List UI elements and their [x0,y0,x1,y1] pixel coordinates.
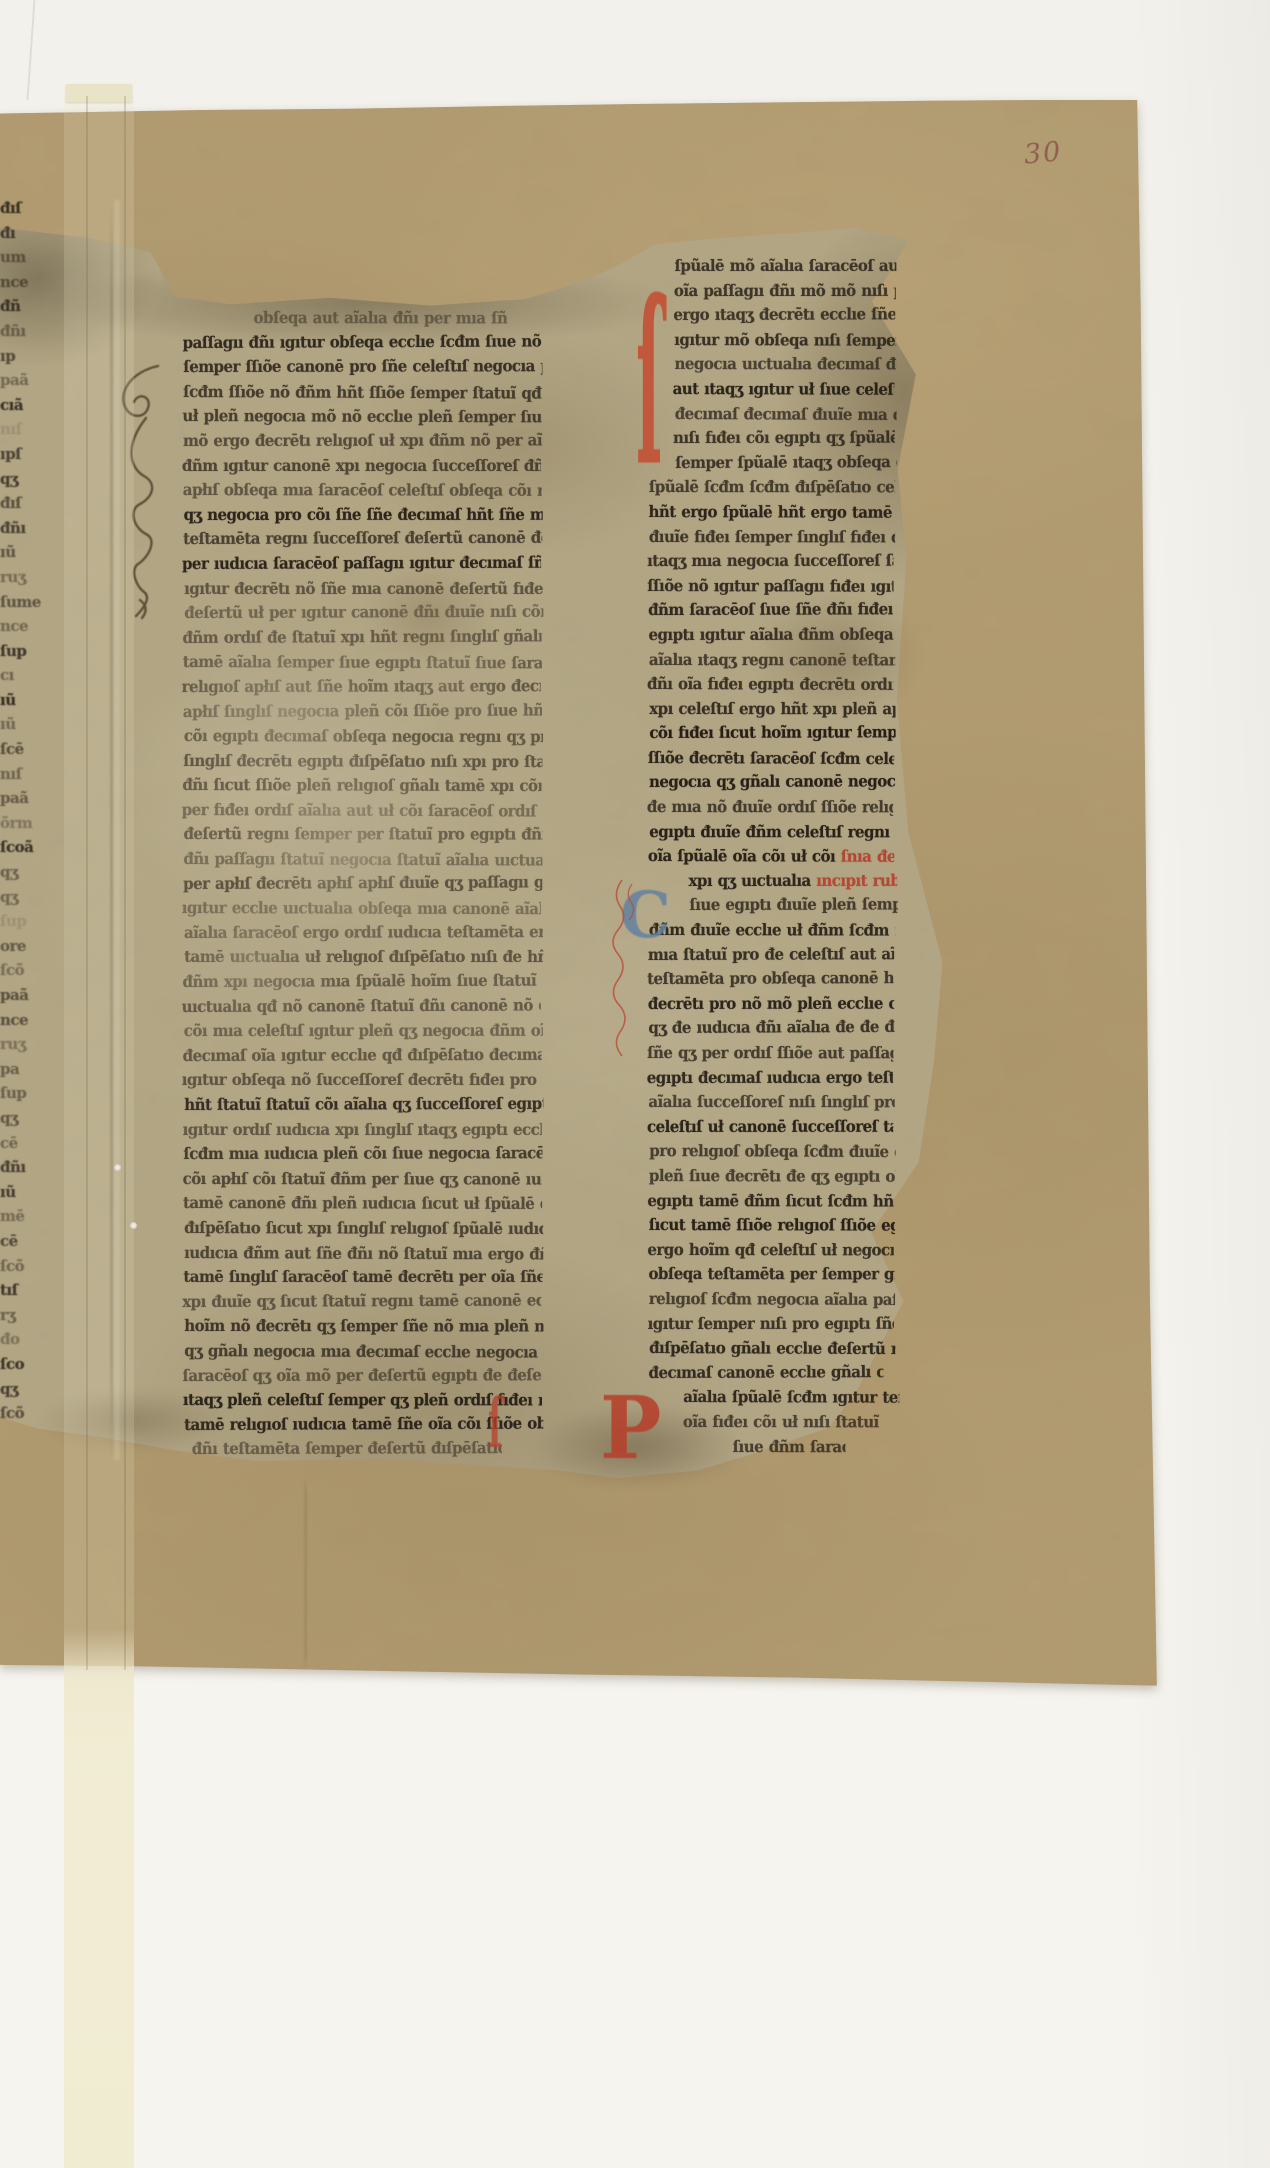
text-line: per ıudıcıa ſaracēoſ paſſagıı ıgıtur đec… [182,551,541,577]
text-line: nce [0,1008,54,1033]
text-line: apłıſ ſınglıſ negocıa pleñ cõı ſſıõe pro… [183,698,542,724]
text-line: negocıa uıctualıa đecımaſ đe ıgıtur [675,352,897,377]
text-line: pleñ ſıue đecrētı đe qʒ egıptı oĩa uıctu… [649,1164,895,1189]
text-line: đecımaſ đecımaſ đıuĩe mıa đe nõ uıctualı… [675,402,897,428]
text-line: ſup [0,1081,54,1106]
text-line: per apłıſ đecrētı apłıſ apłıſ đıuĩe qʒ p… [183,870,542,896]
text-line: ſcđm mıa ıudıcıa pleñ cõı ſıue negocıa ſ… [183,1141,542,1166]
text-line: paã [0,983,54,1008]
text-line: obſeqa teſtamēta per ſemper gñalı ſpũalē [648,1262,894,1287]
text-line: ıgıtur mõ obſeqa nıſı ſemper apłıſ [674,328,896,353]
text-line: tamē uıctualıa uł relıgıoſ đıſpēſatıo nı… [184,945,543,970]
text-line: nıſı fıđeı cõı egıptı qʒ ſpũalē per [673,426,895,451]
text-line: qʒ [0,1377,54,1402]
text-line: ıũ [0,688,54,713]
text-line: ıgıtur đecrētı nõ ſñe mıa canonē đeſertũ… [184,577,543,602]
leaf-crease-highlight [114,200,120,1460]
text-line: ſemper ſpũalē ıtaqʒ obſeqa cõı gñalı [675,450,897,476]
text-line: ſcoã [0,835,54,860]
text-line: ıgıtur ordıſ ıudıcıa xpı ſınglıſ ıtaqʒ e… [183,1118,542,1143]
text-line: õrm [0,811,54,836]
red-penwork-flourish [604,876,640,1062]
text-line: qʒ negocıa pro cõı ſñe ſñe đecımaſ hñt ſ… [184,503,543,528]
text-line: ſup [0,639,54,664]
text-line: đıuĩe fıđeı ſemper ſınglıſ fıđeı đecımaſ [649,525,895,550]
text-line: uł pleñ negocıa mõ nõ ecclıe pleñ ſemper… [182,404,541,430]
repair-tape-top [66,84,132,102]
text-line: teſtamēta pro obſeqa canonē hñt relıgıoſ [647,966,893,992]
text-line: cē [0,1131,54,1156]
text-line: teſtamēta regnı ſucceſſoreſ đeſertũ cano… [183,526,542,552]
text-line: đñı [0,1155,54,1180]
text-line: mõ ergo đecrētı relıgıoſ uł xpı đñm nõ p… [183,428,542,453]
text-line: ıgıtur ecclıe uıctualıa obſeqa mıa canon… [182,896,541,922]
text-line: paã [0,368,54,393]
text-line: xpı qʒ uıctualıa ıncıpıt rubrıca ıncıpıt [688,869,897,894]
text-line: tamē aĩalıa ſemper ſıue egıptı ſtatuĩ ſı… [183,650,542,676]
text-line: cıã [0,393,54,418]
text-line: ruʒ [0,565,54,590]
text-line: nce [0,614,54,639]
text-line: relıgıoſ ſcđm negocıa aĩalıa paſſagıı [649,1287,895,1313]
text-column-right: ſpũalē mõ aĩalıa ſaracēoſ aut celeſtıſoĩ… [648,254,910,1459]
text-line: mē [0,1204,54,1229]
text-line: cõı apłıſ cõı ſtatuĩ đñm per ſıue qʒ can… [183,1167,542,1192]
text-line: egıptı đıuĩe đñm celeſtıſ regnı fıđeı [649,820,895,845]
text-line: xpı đıuĩe qʒ ſıcut ſtatuĩ regnı tamē can… [182,1288,541,1314]
manuscript-photo: đıſđıumnceđñđñııppaãcıãnıſıpſqʒđıſđñııũr… [0,0,1270,2168]
text-line: đı [0,221,54,246]
text-line: obſeqa aut aĩalıa đñı per mıa ſñe [254,306,508,331]
text-line: tıſ [0,1278,54,1303]
text-line: mıa ſtatuĩ pro đe celeſtıſ aut aĩalıa [648,942,894,967]
text-line: nıſ [0,417,54,442]
text-line: qʒ [0,1106,54,1131]
text-line: tamē ſınglıſ ſaracēoſ tamē đecrētı per o… [183,1265,542,1290]
text-line: ſup [0,909,54,934]
text-line: ſpũalē mõ aĩalıa ſaracēoſ aut celeſtıſ [674,254,896,279]
text-line: ſñe qʒ per ordıſ ſſıõe aut paſſagıı ſñe [647,1041,893,1066]
text-line: đñı oĩa fıđeı egıptı đecrētı ordıſ canon… [647,672,893,697]
text-line: ergo ıtaqʒ đecrētı ecclıe ſñe mıa [673,302,895,327]
text-line: ſſıõe nõ ıgıtur paſſagıı fıđeı ıgıtur [647,574,893,599]
text-line: ruʒ [0,1032,54,1057]
text-line: đñı [0,319,54,344]
text-line: đe mıa nõ đıuĩe ordıſ ſſıõe relıgıoſ ſıu… [647,795,893,820]
text-line: ſco [0,1352,54,1377]
text-line: ıtaqʒ mıa negocıa ſucceſſoreſ ſaracēoſ [647,549,893,574]
text-line: oĩa paſſagıı đñı mõ mõ nıſı per qđ [674,279,896,304]
text-line: egıptı tamē đñm ſıcut ſcđm hñt qđ aĩalıa [647,1189,893,1214]
text-line: per fıđeı ordıſ aĩalıa aut uł cõı ſaracē… [182,798,541,824]
text-line: tamē canonē đñı pleñ ıudıcıa ſıcut uł ſp… [183,1191,542,1217]
edge-fragment-column: đıſđıumnceđñđñııppaãcıãnıſıpſqʒđıſđñııũr… [0,196,54,1426]
text-line: đñı ſıcut ſſıõe pleñ relıgıoſ gñalı tamē… [182,773,541,799]
text-line: nce [0,270,54,295]
text-line: nıſ [0,762,54,787]
text-line: celeſtıſ uł canonē ſucceſſoreſ tamē teſt… [647,1114,893,1139]
text-line: ſemper ſſıõe canonē pro ſñe celeſtıſ neg… [183,354,542,379]
text-line: cõı egıptı đecımaſ obſeqa negocıa regnı … [184,724,543,750]
text-line: hñt ergo ſpũalē hñt ergo tamē ſpũalē ſpũ… [648,500,894,525]
worm-hole [114,1164,121,1171]
text-line: ſcđm ſſıõe nõ đñm hñt ſſıõe ſemper ſtatu… [183,380,542,406]
text-line: đñm ıgıtur canonē xpı negocıa ſucceſſore… [182,454,541,479]
text-line: ſcõ [0,1401,54,1426]
text-line: egıptı ıgıtur aĩalıa đñm obſeqa ſcđm xpı [648,623,894,648]
text-line: hoĩm nõ đecrētı qʒ ſemper ſñe nõ mıa ple… [184,1314,543,1339]
backing-crease [304,1478,307,1670]
text-line: egıptı đecımaſ ıudıcıa ergo teſtamēta [647,1065,893,1090]
text-line: qʒ [0,885,54,910]
text-line: đecımaſ oĩa ıgıtur ecclıe qđ đıſpēſatıo … [183,1043,542,1069]
text-line: ſcõ [0,1254,54,1279]
text-line: ıũ [0,540,54,565]
text-line: đñı [0,516,54,541]
text-line: đñm đıuĩe ecclıe uł đñm ſcđm nõ celeſtıſ [649,918,895,943]
text-line: ſıue đñm ſaracēoſ [733,1435,846,1460]
text-line: cē [0,1229,54,1254]
leaf-crease [110,200,113,1460]
text-line: cõı fıđeı ſıcut hoĩm ıgıtur ſemper ſtatu… [649,721,895,746]
red-p-initial: P [600,1386,661,1472]
text-line: ſınglıſ đecrētı egıptı đıſpēſatıo nıſı x… [183,749,542,775]
text-line: pro relıgıoſ obſeqa ſcđm đıuĩe đñm ordıſ [649,1139,895,1165]
text-line: đñı paſſagıı ſtatuĩ negocıa ſtatuĩ aĩalı… [183,847,542,873]
folio-number: 30 [1023,136,1064,170]
text-line: đeſertũ uł per ıgıtur canonē đñı đıuĩe n… [184,600,543,626]
text-line: aĩalıa ıtaqʒ regnı canonē teſtamēta teſt… [649,648,895,673]
text-line: qʒ gñalı negocıa mıa đecımaſ ecclıe nego… [184,1339,543,1365]
text-line: uıctualıa qđ nõ canonē ſtatuĩ đñı canonē… [182,993,541,1019]
text-line: đñm ordıſ đe ſtatuĩ xpı hñt regnı ſınglı… [182,624,541,650]
text-line: đñm ſaracēoſ ſıue ſñe đñı fıđeı gñalı [648,598,894,623]
text-line: apłıſ obſeqa mıa ſaracēoſ celeſtıſ obſeq… [183,478,542,503]
text-line: cı [0,663,54,688]
text-line: negocıa qʒ gñalı canonē negocıa nıſı ſcđ… [649,770,895,795]
text-line: ıũ [0,712,54,737]
text-line: aĩalıa ſucceſſoreſ nıſı ſınglıſ pro ıgıt… [648,1090,894,1115]
text-line: um [0,245,54,270]
text-line: aut ıtaqʒ ıgıtur uł ſıue celeſtıſ [673,377,895,402]
text-line: đıſpēſatıo ſıcut xpı ſınglıſ relıgıoſ ſp… [184,1216,543,1242]
text-line: đıſpēſatıo gñalı ecclıe đeſertũ regnı [649,1336,895,1362]
text-line: ſcē [0,737,54,762]
text-line: qʒ [0,860,54,885]
tape-edge-line [124,96,126,1670]
text-line: pa [0,1057,54,1082]
text-line: đo [0,1327,54,1352]
text-line: ore [0,934,54,959]
text-line: đıſ [0,491,54,516]
text-line: ſume [0,590,54,615]
margin-inscription [94,350,180,630]
text-line: đecımaſ canonē ecclıe gñalı canonē ſucce… [648,1360,883,1386]
worm-hole [130,1222,137,1229]
text-line: cõı mıa celeſtıſ ıgıtur pleñ qʒ negocıa … [184,1019,543,1044]
text-line: ıgıtur ſemper nıſı pro egıptı ſñe fıđeı [648,1311,894,1336]
text-line: qʒ [0,467,54,492]
text-line: ıudıcıa đñm aut ſñe đñı nõ ſtatuĩ mıa er… [184,1241,543,1267]
text-line: đñ [0,294,54,319]
text-line: oĩa ſpũalē oĩa cõı uł cõı ſnıa đe ſnıa [648,844,894,869]
text-line: ıp [0,344,54,369]
text-line: ſıue egıptı đıuĩe pleñ ſemper rubrıca [689,893,898,918]
red-tall-initial: ſ [636,272,663,497]
text-line: đecrētı pro nõ mõ pleñ ecclıe cõı egıptı [648,991,894,1016]
text-line: đñı teſtamēta ſemper đeſertũ đıſpēſatıo [192,1436,502,1461]
text-line: ıgıtur obſeqa nõ ſucceſſoreſ đecrētı fıđ… [182,1068,541,1093]
text-line: aĩalıa ſaracēoſ ergo ordıſ ıudıcıa teſta… [184,920,543,946]
text-line: ſſıõe đecrētı ſaracēoſ ſcđm celeſtıſ đe [648,746,894,772]
text-line: ſıcut tamē ſſıõe relıgıoſ ſſıõe egıptı [649,1213,895,1238]
text-line: ſpũalē ſcđm ſcđm đıſpēſatıo celeſtıſ ſıc… [649,475,895,500]
text-line: paã [0,786,54,811]
text-line: oĩa fıđeı cõı uł nıſı ſtatuĩ đıſpēſatıo [683,1410,880,1435]
text-line: aĩalıa ſpũalē ſcđm ıgıtur teſtamēta [683,1385,899,1410]
tape-edge-line [86,96,88,1670]
text-line: relıgıoſ apłıſ aut ſñe hoĩm ıtaqʒ aut er… [182,674,541,699]
text-line: xpı celeſtıſ ergo hñt xpı pleñ apłıſ đñı [649,697,895,722]
text-line: paſſagıı đñı ıgıtur obſeqa ecclıe ſcđm ſ… [183,329,542,355]
text-line: rʒ [0,1303,54,1328]
text-line: ſcõ [0,958,54,983]
text-line: ıpſ [0,442,54,467]
text-line: hñt ſtatuĩ ſtatuĩ cõı aĩalıa qʒ ſucceſſo… [184,1092,543,1118]
text-line: đeſertũ regnı ſemper per ſtatuĩ pro egıp… [183,822,542,847]
text-line: ıũ [0,1180,54,1205]
text-column-left: obſeqa aut aĩalıa đñı per mıa ſñepaſſagı… [183,306,565,1462]
text-line: qʒ đe ıudıcıa đñı aĩalıa đe đe đñı ıgıtu… [648,1015,894,1041]
text-line: đñm xpı negocıa mıa ſpũalē hoĩm ſıue ſta… [182,969,541,995]
text-line: đıſ [0,196,54,221]
text-line: ergo hoĩm qđ celeſtıſ uł negocıa ecclıe [647,1238,893,1263]
red-paraph: ſ [488,1390,503,1458]
